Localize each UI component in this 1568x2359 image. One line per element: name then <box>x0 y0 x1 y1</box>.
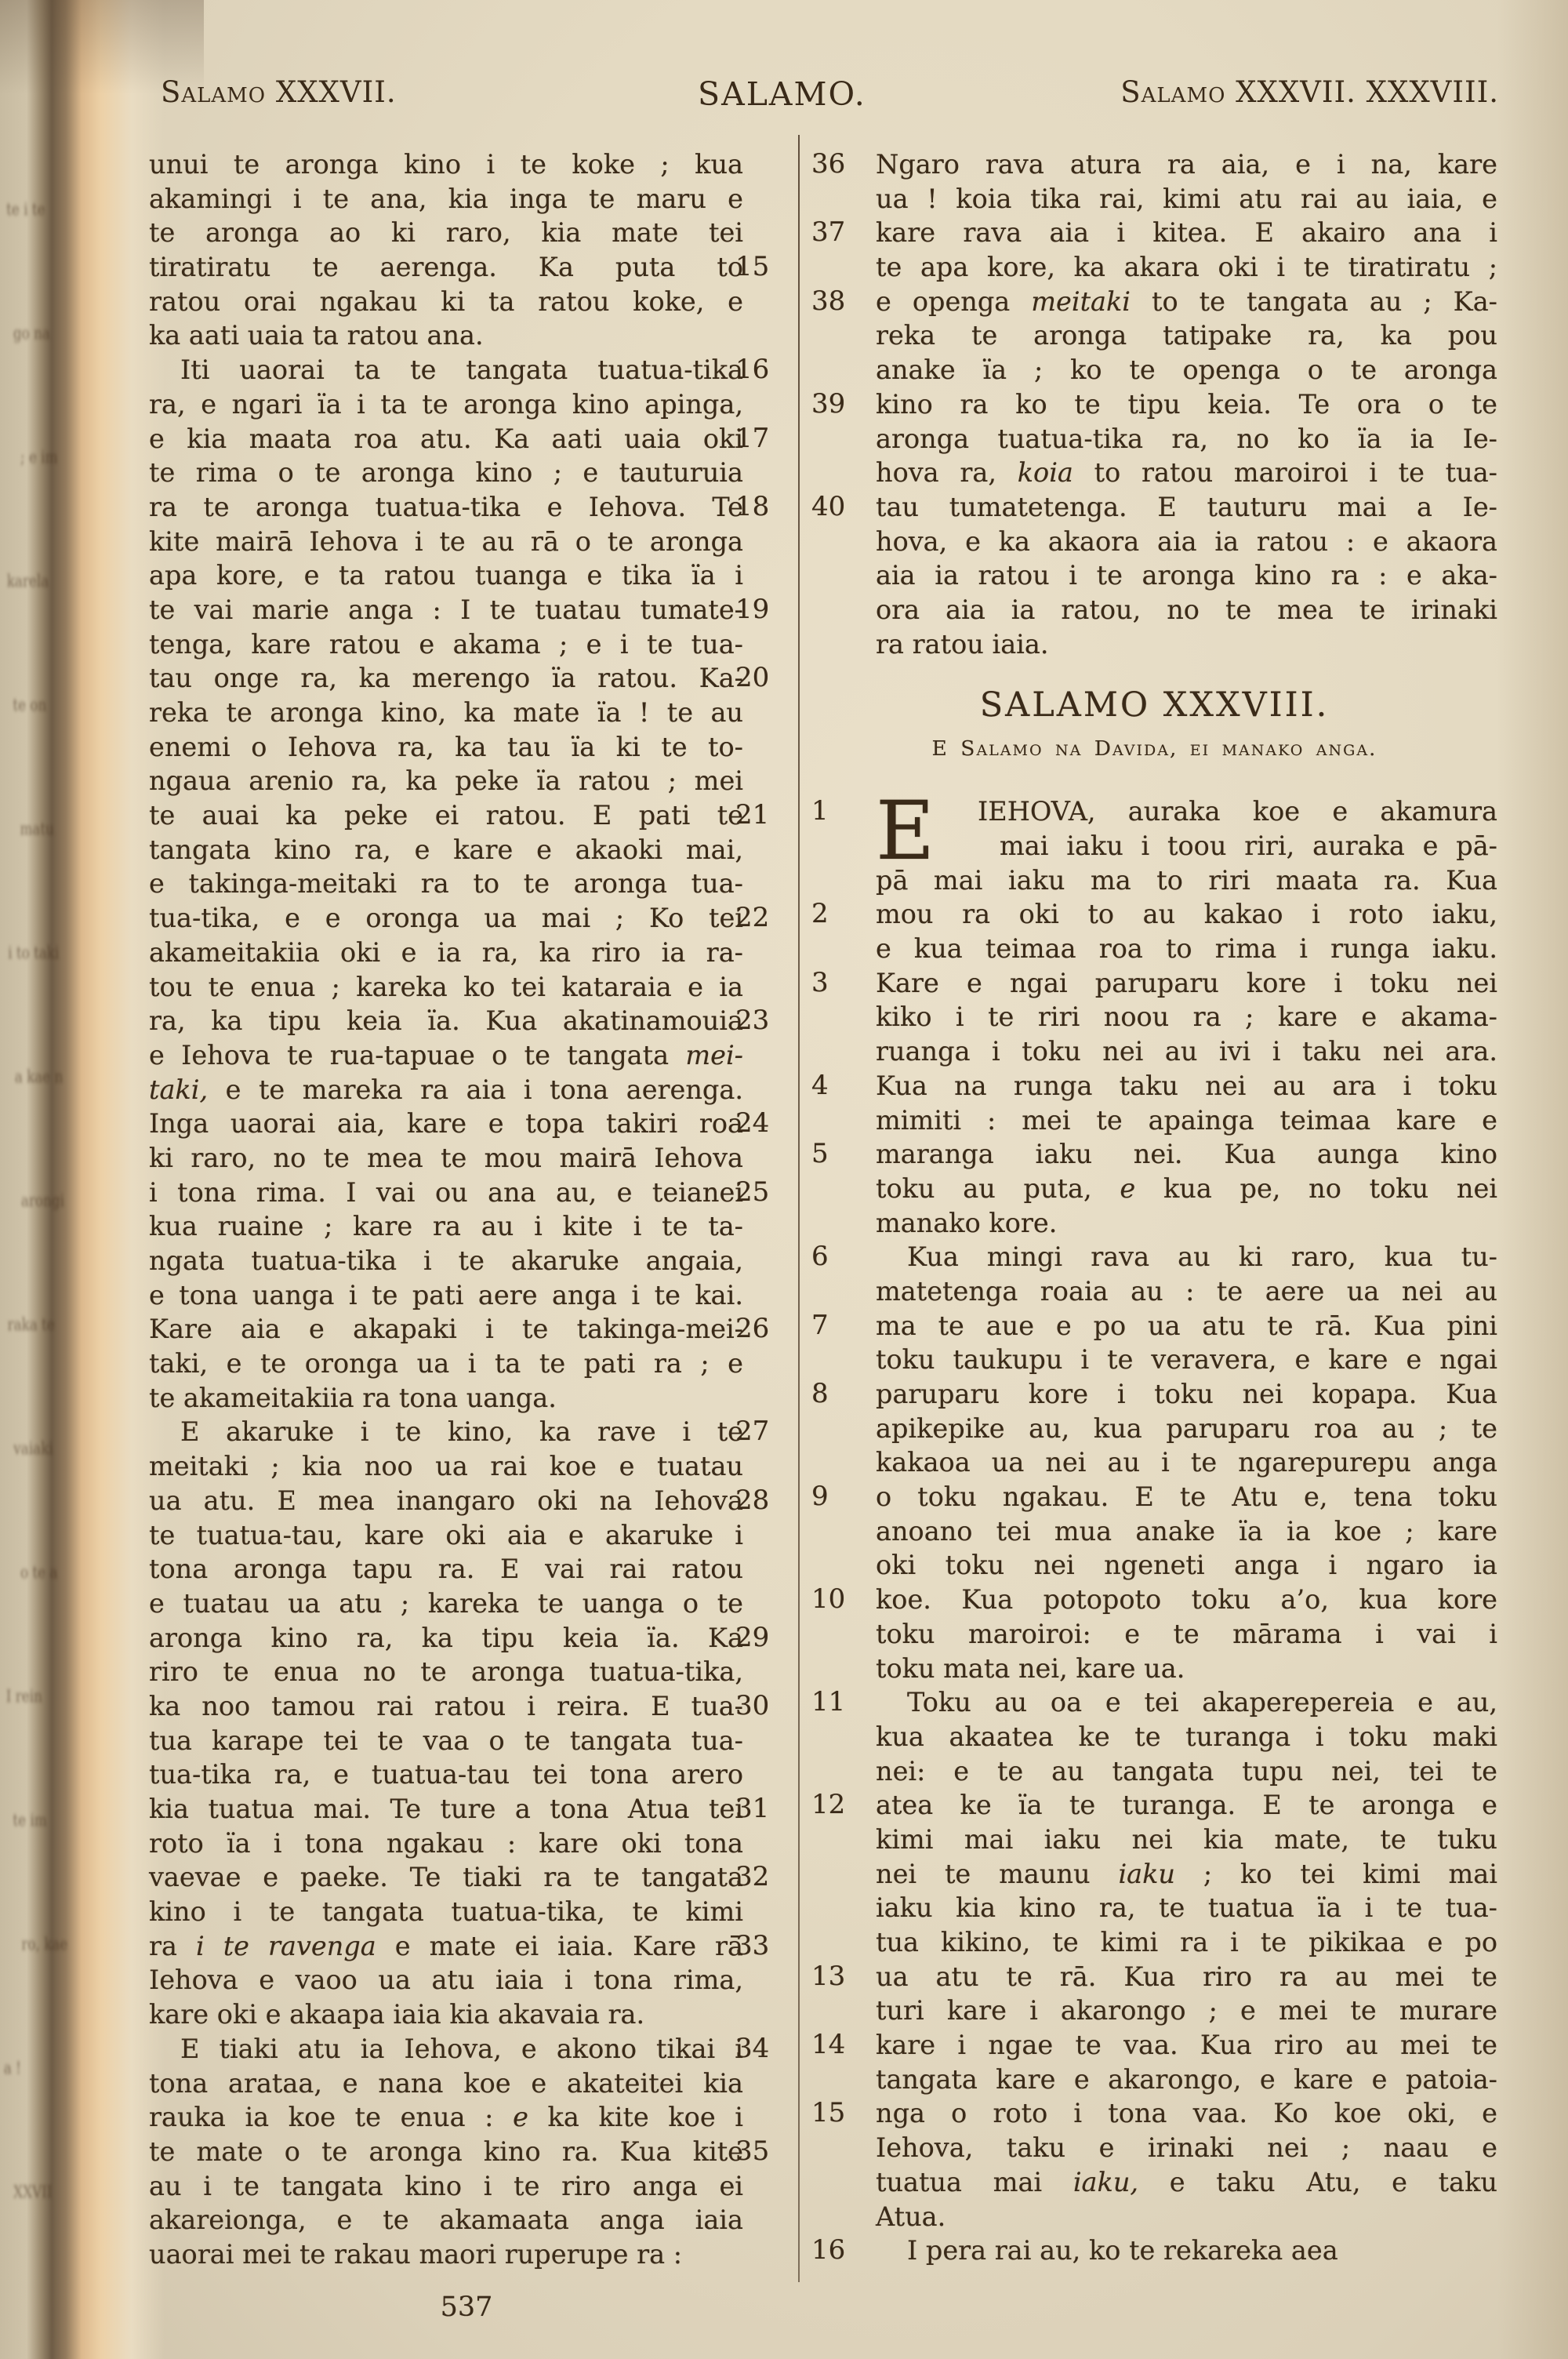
text-line: pā mai iaku ma to riri maata ra. Kua <box>811 863 1497 898</box>
text-run: tiratiratu te aerenga. Ka puta to <box>149 252 743 282</box>
text-run: E tiaki atu ia Iehova, e akono tikai i <box>180 2034 743 2064</box>
text-run: nei te maunu <box>876 1859 1118 1889</box>
edge-ghost-text: ; e im <box>20 448 58 467</box>
text-run: akameitakiia oki e ia ra, ka riro ia ra- <box>149 937 743 968</box>
text-line: ruanga i toku nei au ivi i taku nei ara. <box>811 1034 1497 1069</box>
text-line: apikepike au, kua paruparu roa au ; te <box>811 1412 1497 1446</box>
text-run: Toku au oa e tei akaperepereia e au, <box>907 1687 1497 1717</box>
text-line: anake ïa ; ko te openga o te aronga <box>811 353 1497 387</box>
text-run: te akameitakiia ra tona uanga. <box>149 1383 557 1413</box>
text-line: enemi o Iehova ra, ka tau ïa ki te to- <box>149 730 784 765</box>
verse-number: 6 <box>811 1240 866 1274</box>
text-run: E akaruke i te kino, ka rave i te <box>180 1416 743 1447</box>
edge-ghost-text: I rein <box>6 1687 42 1706</box>
text-run: kimi mai iaku nei kia mate, te tuku <box>876 1824 1497 1855</box>
text-run: hova, e ka akaora aia ia ratou : e akaor… <box>876 526 1497 557</box>
text-run: ra <box>149 1931 196 1961</box>
running-header-center: SALAMO. <box>698 75 866 113</box>
text-run: hova ra, <box>876 457 1018 488</box>
text-run: aia ia ratou i te aronga kino ra : e aka… <box>876 560 1497 591</box>
text-line: ra ratou iaia. <box>811 627 1497 662</box>
text-run: nei: e te au tangata tupu nei, tei te <box>876 1756 1497 1787</box>
text-run: Kua mingi rava au ki raro, kua tu- <box>907 1241 1497 1272</box>
page-right-shade <box>1497 0 1568 2359</box>
text-line: toku au puta, e kua pe, no toku nei <box>811 1172 1497 1206</box>
text-run: mai iaku i toou riri, auraka e pā- <box>1000 831 1497 861</box>
text-line: 8paruparu kore i toku nei kopapa. Kua <box>811 1377 1497 1412</box>
text-run: e kia maata roa atu. Ka aati uaia oki <box>149 423 743 454</box>
text-run: nga o roto i tona vaa. Ko koe oki, e <box>876 2098 1497 2128</box>
verse-number: 23 <box>735 1004 790 1038</box>
verse-number: 10 <box>811 1583 866 1617</box>
text-line: 37kare rava aia i kitea. E akairo ana i <box>811 216 1497 250</box>
text-run: tangata kino ra, e kare e akaoki mai, <box>149 834 743 865</box>
verse-number: 28 <box>735 1484 790 1518</box>
text-line: reka te aronga tatipake ra, ka pou <box>811 318 1497 353</box>
text-line: iaku kia kino ra, te tuatua ïa i te tua- <box>811 1891 1497 1925</box>
text-line: hova, e ka akaora aia ia ratou : e akaor… <box>811 525 1497 559</box>
text-line: tangata kare e akarongo, e kare e patoia… <box>811 2063 1497 2097</box>
text-line: 31kia tuatua mai. Te ture a tona Atua te… <box>149 1792 784 1826</box>
text-line: kua akaatea ke te turanga i toku maki <box>811 1720 1497 1754</box>
text-run: e takinga-meitaki ra to te aronga tua- <box>149 868 743 899</box>
text-run: unui te aronga kino i te koke ; kua <box>149 149 743 180</box>
verse-number: 31 <box>735 1792 790 1826</box>
text-run: reka te aronga kino, ka mate ïa ! te au <box>149 697 743 728</box>
text-line: 40tau tumatetenga. E tauturu mai a Ie- <box>811 490 1497 525</box>
text-line: roto ïa i tona ngakau : kare oki tona <box>149 1826 784 1861</box>
text-line: hova ra, koia to ratou maroiroi i te tua… <box>811 456 1497 490</box>
text-run: Iehova, taku e irinaki nei ; naau e <box>876 2132 1497 2163</box>
text-run: e tuatau ua atu ; kareka te uanga o te <box>149 1588 743 1619</box>
text-run: te mate o te aronga kino ra. Kua kite <box>149 2136 743 2167</box>
text-line: 14kare i ngae te vaa. Kua riro au mei te <box>811 2028 1497 2063</box>
verse-number: 5 <box>811 1137 866 1172</box>
text-line: 19te vai marie anga : I te tuatau tumate… <box>149 593 784 627</box>
text-run: riro te enua no te aronga tuatua-tika, <box>149 1656 743 1687</box>
text-run: kare i ngae te vaa. Kua riro au mei te <box>876 2030 1497 2060</box>
text-run: IEHOVA, auraka koe e akamura <box>978 796 1497 827</box>
text-line: 21te auai ka peke ei ratou. E pati te <box>149 798 784 833</box>
text-line: 24Inga uaorai aia, kare e topa takiri ro… <box>149 1107 784 1141</box>
verse-number: 14 <box>811 2028 866 2063</box>
text-line: 3Kare e ngai paruparu kore i toku nei <box>811 966 1497 1001</box>
verse-number: 25 <box>735 1176 790 1210</box>
text-line: unui te aronga kino i te koke ; kua <box>149 147 784 182</box>
text-run: Inga uaorai aia, kare e topa takiri roa <box>149 1108 743 1139</box>
text-run: kite mairā Iehova i te au rā o te aronga <box>149 526 743 557</box>
text-line: 29aronga kino ra, ka tipu keia ïa. Ka <box>149 1621 784 1656</box>
text-line: meitaki ; kia noo ua rai koe e tuatau <box>149 1449 784 1484</box>
text-line: Iehova, taku e irinaki nei ; naau e <box>811 2131 1497 2165</box>
text-run: kua akaatea ke te turanga i toku maki <box>876 1721 1497 1752</box>
text-line: 28ua atu. E mea inangaro oki na Iehova <box>149 1484 784 1518</box>
verse-number: 20 <box>735 661 790 696</box>
text-line: e tuatau ua atu ; kareka te uanga o te <box>149 1587 784 1621</box>
text-line: ki raro, no te mea te mou mairā Iehova <box>149 1141 784 1176</box>
text-line: 2mou ra oki to au kakao i roto iaku, <box>811 897 1497 932</box>
text-line: e kua teimaa roa to rima i runga iaku. <box>811 932 1497 966</box>
text-run: manako kore. <box>876 1208 1057 1238</box>
text-line: e takinga-meitaki ra to te aronga tua- <box>149 867 784 901</box>
text-line: rauka ia koe te enua : e ka kite koe i <box>149 2100 784 2135</box>
text-line: anoano tei mua anake ïa ia koe ; kare <box>811 1514 1497 1549</box>
text-line: kite mairā Iehova i te au rā o te aronga <box>149 525 784 559</box>
verse-number: 21 <box>735 798 790 833</box>
text-line: ora aia ia ratou, no te mea te irinaki <box>811 593 1497 627</box>
text-run: ngaua arenio ra, ka peke ïa ratou ; mei <box>149 765 743 796</box>
text-line: 13ua atu te rā. Kua riro ra au mei te <box>811 1960 1497 1994</box>
text-run: toku maroiroi: e te mārama i vai i <box>876 1619 1497 1649</box>
text-run: to te tangata au ; Ka- <box>1131 286 1497 317</box>
text-line: toku mata nei, kare ua. <box>811 1652 1497 1686</box>
text-run: Kare aia e akapaki i te takinga-mei- <box>149 1314 743 1344</box>
verse-number: 16 <box>735 353 790 387</box>
edge-ghost-text: te im <box>13 1811 46 1830</box>
text-line: 11Toku au oa e tei akaperepereia e au, <box>811 1685 1497 1720</box>
text-line: 22tua-tika, e e oronga ua mai ; Ko tei <box>149 901 784 936</box>
text-line: 17e kia maata roa atu. Ka aati uaia oki <box>149 422 784 456</box>
text-run: kiko i te riri noou ra ; kare e akama- <box>876 1001 1497 1032</box>
edge-ghost-text: te on <box>13 696 46 714</box>
text-run: to ratou maroiroi i te tua- <box>1073 457 1497 488</box>
text-run: koe. Kua potopoto toku a’o, kua kore <box>876 1584 1497 1615</box>
verse-number: 29 <box>735 1621 790 1656</box>
running-header-right: Salamo XXXVII. XXXVIII. <box>1120 75 1499 109</box>
edge-ghost-text: vaiaki <box>13 1439 53 1458</box>
italic-text: taki, <box>149 1074 208 1105</box>
text-line: akameitakiia oki e ia ra, ka riro ia ra- <box>149 936 784 970</box>
text-line: 9o toku ngakau. E te Atu e, tena toku <box>811 1480 1497 1514</box>
text-run: te auai ka peke ei ratou. E pati te <box>149 800 743 831</box>
text-run: aronga kino ra, ka tipu keia ïa. Ka <box>149 1623 743 1653</box>
text-line: turi kare i akarongo ; e mei te murare <box>811 1994 1497 2028</box>
text-line: 38e openga meitaki to te tangata au ; Ka… <box>811 285 1497 319</box>
left-column: unui te aronga kino i te koke ; kuaakami… <box>149 147 784 2272</box>
verse-number: 3 <box>811 966 866 1001</box>
text-run: ki raro, no te mea te mou mairā Iehova <box>149 1143 743 1173</box>
text-line: te apa kore, ka akara oki i te tiratirat… <box>811 250 1497 285</box>
text-line: kare oki e akaapa iaia kia akavaia ra. <box>149 1997 784 2032</box>
text-run: tua-tika, e e oronga ua mai ; Ko tei <box>149 903 743 933</box>
text-line: te rima o te aronga kino ; e tauturuia <box>149 456 784 490</box>
verse-number: 24 <box>735 1107 790 1141</box>
text-run: aronga tuatua-tika ra, no ko ïa ia Ie- <box>876 423 1497 454</box>
text-run: paruparu kore i toku nei kopapa. Kua <box>876 1379 1497 1409</box>
text-run: tua karape tei te vaa o te tangata tua- <box>149 1725 743 1756</box>
text-run: toku mata nei, kare ua. <box>876 1653 1185 1684</box>
edge-ghost-text: XXVII <box>13 2183 52 2201</box>
text-run: tou te enua ; kareka ko tei kataraia e i… <box>149 972 743 1002</box>
text-line: e Iehova te rua-tapuae o te tangata mei- <box>149 1038 784 1073</box>
text-line: apa kore, e ta ratou tuanga e tika ïa i <box>149 558 784 593</box>
text-run: matetenga roaia au : te aere ua nei au <box>876 1276 1497 1307</box>
text-line: 34E tiaki atu ia Iehova, e akono tikai i <box>149 2032 784 2066</box>
text-run: roto ïa i tona ngakau : kare oki tona <box>149 1828 743 1859</box>
text-run: mou ra oki to au kakao i roto iaku, <box>876 899 1497 929</box>
verse-number: 32 <box>735 1860 790 1895</box>
text-line: kua ruaine ; kare ra au i kite i te ta- <box>149 1209 784 1244</box>
text-run: oki toku nei ngeneti anga i ngaro ia <box>876 1550 1497 1580</box>
text-run: ka noo tamou rai ratou i reira. E tua- <box>149 1691 743 1721</box>
verse-number: 40 <box>811 490 866 525</box>
text-line: ka aati uaia ta ratou ana. <box>149 318 784 353</box>
text-run: Iehova e vaoo ua atu iaia i tona rima, <box>149 1965 743 1995</box>
text-run: toku taukupu i te veravera, e kare e nga… <box>876 1344 1497 1375</box>
verse-number: 37 <box>811 216 866 250</box>
text-run: vaevae e paeke. Te tiaki ra te tangata <box>149 1862 743 1892</box>
text-line: 5maranga iaku nei. Kua aunga kino <box>811 1137 1497 1172</box>
text-run: Ngaro rava atura ra aia, e i na, kare <box>876 149 1497 180</box>
text-run: tua kikino, te kimi ra i te pikikaa e po <box>876 1927 1497 1957</box>
text-run: kua ruaine ; kare ra au i kite i te ta- <box>149 1211 743 1241</box>
verse-number: 11 <box>811 1685 866 1720</box>
text-run: ruanga i toku nei au ivi i taku nei ara. <box>876 1036 1497 1067</box>
text-run: maranga iaku nei. Kua aunga kino <box>876 1139 1497 1169</box>
text-run: te vai marie anga : I te tuatau tumate- <box>149 594 743 625</box>
text-line: 12atea ke ïa te turanga. E te aronga e <box>811 1788 1497 1823</box>
text-line: matetenga roaia au : te aere ua nei au <box>811 1274 1497 1309</box>
text-run: iaku kia kino ra, te tuatua ïa i te tua- <box>876 1892 1497 1923</box>
text-run: te aronga ao ki raro, kia mate tei <box>149 217 743 248</box>
psalm-subtitle: E Salamo na Davida, ei manako anga. <box>811 736 1497 761</box>
text-run: anake ïa ; ko te openga o te aronga <box>876 354 1497 385</box>
verse-number: 18 <box>735 490 790 525</box>
text-line: 16I pera rai au, ko te rekareka aea <box>811 2234 1497 2268</box>
text-run: uaorai mei te rakau maori ruperupe ra : <box>149 2239 682 2270</box>
text-run: rauka ia koe te enua : <box>149 2102 513 2132</box>
text-run: anoano tei mua anake ïa ia koe ; kare <box>876 1516 1497 1547</box>
text-run: ma te aue e po ua atu te rā. Kua pini <box>876 1310 1497 1341</box>
text-run: e kua teimaa roa to rima i runga iaku. <box>876 933 1497 964</box>
verse-number: 22 <box>735 901 790 936</box>
text-run: te apa kore, ka akara oki i te tiratirat… <box>876 252 1497 282</box>
text-line: 33ra i te ravenga e mate ei iaia. Kare r… <box>149 1929 784 1964</box>
text-line: au i te tangata kino i te riro anga ei <box>149 2169 784 2204</box>
verse-number: 35 <box>735 2135 790 2169</box>
text-line: e tona uanga i te pati aere anga i te ka… <box>149 1278 784 1313</box>
text-run: tuatua mai <box>876 2167 1073 2197</box>
text-line: aronga tuatua-tika ra, no ko ïa ia Ie- <box>811 422 1497 456</box>
text-run: i tona rima. I vai ou ana au, e teianei <box>149 1177 743 1208</box>
verse-number: 17 <box>735 422 790 456</box>
text-run: mimiti : mei te apainga teimaa kare e <box>876 1105 1497 1136</box>
edge-ghost-text: go na <box>13 324 50 343</box>
text-line: manako kore. <box>811 1206 1497 1241</box>
text-run: kino ra ko te tipu keia. Te ora o te <box>876 389 1497 420</box>
text-run: tangata kare e akarongo, e kare e patoia… <box>876 2064 1497 2095</box>
text-line: 7ma te aue e po ua atu te rā. Kua pini <box>811 1309 1497 1343</box>
text-run: tau onge ra, ka merengo ïa ratou. Ka- <box>149 663 743 693</box>
text-line: te aronga ao ki raro, kia mate tei <box>149 216 784 250</box>
text-run: Kua na runga taku nei au ara i toku <box>876 1070 1497 1101</box>
text-line: 1IEHOVA, auraka koe e akamura <box>811 794 1497 829</box>
text-line: 23ra, ka tipu keia ïa. Kua akatinamouia <box>149 1004 784 1038</box>
book-page: te i tego na; e imkarelate onmatui to ta… <box>0 0 1568 2359</box>
text-line: te tuatua-tau, kare oki aia e akaruke i <box>149 1518 784 1553</box>
verse-number: 36 <box>811 147 866 182</box>
text-line: 15nga o roto i tona vaa. Ko koe oki, e <box>811 2096 1497 2131</box>
verse-number: 16 <box>811 2234 866 2268</box>
text-line: 16Iti uaorai ta te tangata tuatua-tika <box>149 353 784 387</box>
text-run: akareionga, e te akamaata anga iaia <box>149 2205 743 2235</box>
text-run: tua-tika ra, e tuatua-tau tei tona arero <box>149 1759 743 1790</box>
text-run: e Iehova te rua-tapuae o te tangata <box>149 1040 685 1070</box>
text-run: apa kore, e ta ratou tuanga e tika ïa i <box>149 560 743 591</box>
text-line: toku taukupu i te veravera, e kare e nga… <box>811 1343 1497 1377</box>
verse-number: 26 <box>735 1312 790 1347</box>
text-run: ua ! koia tika rai, kimi atu rai au iaia… <box>876 184 1497 214</box>
text-line: 27E akaruke i te kino, ka rave i te <box>149 1415 784 1449</box>
text-run: ra ratou iaia. <box>876 629 1049 660</box>
text-run: au i te tangata kino i te riro anga ei <box>149 2171 743 2201</box>
text-run: e taku Atu, e taku <box>1138 2167 1497 2197</box>
text-run: e mate ei iaia. Kare rā <box>376 1931 743 1961</box>
text-run: te rima o te aronga kino ; e tauturuia <box>149 457 743 488</box>
text-run: pā mai iaku ma to riri maata ra. Kua <box>876 865 1497 896</box>
text-line: Iehova e vaoo ua atu iaia i tona rima, <box>149 1963 784 1997</box>
edge-ghost-text: karela <box>7 572 49 591</box>
verse-number: 2 <box>811 897 866 932</box>
text-run: o toku ngakau. E te Atu e, tena toku <box>876 1481 1497 1512</box>
verse-number: 34 <box>735 2032 790 2066</box>
text-line: mimiti : mei te apainga teimaa kare e <box>811 1103 1497 1138</box>
italic-text: iaku <box>1118 1859 1175 1889</box>
verse-number: 27 <box>735 1415 790 1449</box>
text-run: ua atu te rā. Kua riro ra au mei te <box>876 1961 1497 1992</box>
italic-text: e <box>513 2102 528 2132</box>
verse-number: 30 <box>735 1689 790 1724</box>
text-line: 10koe. Kua potopoto toku a’o, kua kore <box>811 1583 1497 1617</box>
text-line: tona arataa, e nana koe e akateitei kia <box>149 2066 784 2101</box>
text-line: 30ka noo tamou rai ratou i reira. E tua- <box>149 1689 784 1724</box>
text-run: ratou orai ngakau ki ta ratou koke, e <box>149 286 743 317</box>
text-run: kino i te tangata tuatua-tika, te kimi <box>149 1896 743 1927</box>
edge-ghost-text: a kae n <box>15 1067 64 1086</box>
text-line: nei: e te au tangata tupu nei, tei te <box>811 1754 1497 1789</box>
text-line: oki toku nei ngeneti anga i ngaro ia <box>811 1548 1497 1583</box>
text-line: tua-tika ra, e tuatua-tau tei tona arero <box>149 1757 784 1792</box>
text-run: meitaki ; kia noo ua rai koe e tuatau <box>149 1451 743 1481</box>
text-run: ora aia ia ratou, no te mea te irinaki <box>876 594 1497 625</box>
text-line: akareionga, e te akamaata anga iaia <box>149 2203 784 2237</box>
text-line: reka te aronga kino, ka mate ïa ! te au <box>149 696 784 730</box>
text-run: Iti uaorai ta te tangata tuatua-tika <box>180 354 743 385</box>
text-line: tou te enua ; kareka ko tei kataraia e i… <box>149 970 784 1005</box>
running-header-left: Salamo XXXVII. <box>161 75 397 109</box>
text-line: te akameitakiia ra tona uanga. <box>149 1381 784 1416</box>
italic-text: meitaki <box>1031 286 1131 317</box>
text-run: turi kare i akarongo ; e mei te murare <box>876 1995 1497 2026</box>
dropcap-block: E1IEHOVA, auraka koe e akamuramai iaku i… <box>811 794 1497 863</box>
column-divider-rule <box>798 135 800 2282</box>
text-line: mai iaku i toou riri, auraka e pā- <box>811 829 1497 863</box>
text-line: 32vaevae e paeke. Te tiaki ra te tangata <box>149 1860 784 1895</box>
text-line: ngata tuatua-tika i te akaruke angaia, <box>149 1244 784 1278</box>
text-line: tua kikino, te kimi ra i te pikikaa e po <box>811 1925 1497 1960</box>
text-line: taki, e te mareka ra aia i tona aerenga. <box>149 1073 784 1107</box>
verse-number: 12 <box>811 1788 866 1823</box>
verse-number: 8 <box>811 1377 866 1412</box>
verse-number: 33 <box>735 1929 790 1964</box>
text-line: ua ! koia tika rai, kimi atu rai au iaia… <box>811 182 1497 216</box>
text-line: uaorai mei te rakau maori ruperupe ra : <box>149 2237 784 2272</box>
edge-ghost-text: matu <box>20 820 54 838</box>
text-run: taki, e te oronga ua i ta te pati ra ; e <box>149 1348 743 1379</box>
text-line: tona aronga tapu ra. E vai rai ratou <box>149 1552 784 1587</box>
text-line: akamingi i te ana, kia inga te maru e <box>149 182 784 216</box>
text-run: e te mareka ra aia i tona aerenga. <box>208 1074 743 1105</box>
italic-text: koia <box>1018 457 1073 488</box>
text-run: tau tumatetenga. E tauturu mai a Ie- <box>876 492 1497 522</box>
verse-number: 4 <box>811 1069 866 1103</box>
text-run: atea ke ïa te turanga. E te aronga e <box>876 1790 1497 1820</box>
text-run: ngata tuatua-tika i te akaruke angaia, <box>149 1245 743 1276</box>
text-run: tenga, kare ratou e akama ; e i te tua- <box>149 629 743 660</box>
text-run: ra, e ngari ïa i ta te aronga kino aping… <box>149 389 743 420</box>
text-line: taki, e te oronga ua i ta te pati ra ; e <box>149 1347 784 1381</box>
text-run: te tuatua-tau, kare oki aia e akaruke i <box>149 1520 743 1550</box>
text-line: aia ia ratou i te aronga kino ra : e aka… <box>811 558 1497 593</box>
text-run: tona aronga tapu ra. E vai rai ratou <box>149 1554 743 1584</box>
edge-ghost-text: raka te <box>8 1315 55 1334</box>
verse-number: 9 <box>811 1480 866 1514</box>
text-line: tuatua mai iaku, e taku Atu, e taku <box>811 2165 1497 2200</box>
text-run: ra, ka tipu keia ïa. Kua akatinamouia <box>149 1005 743 1036</box>
text-line: 15tiratiratu te aerenga. Ka puta to <box>149 250 784 285</box>
text-line: 6Kua mingi rava au ki raro, kua tu- <box>811 1240 1497 1274</box>
text-run: e openga <box>876 286 1031 317</box>
text-line: riro te enua no te aronga tuatua-tika, <box>149 1655 784 1689</box>
text-run: reka te aronga tatipake ra, ka pou <box>876 320 1497 351</box>
text-line: 20tau onge ra, ka merengo ïa ratou. Ka- <box>149 661 784 696</box>
text-run: Atua. <box>876 2201 946 2232</box>
text-line: 18ra te aronga tuatua-tika e Iehova. Te <box>149 490 784 525</box>
text-line: ratou orai ngakau ki ta ratou koke, e <box>149 285 784 319</box>
text-line: nei te maunu iaku ; ko tei kimi mai <box>811 1857 1497 1892</box>
text-line: ra, e ngari ïa i ta te aronga kino aping… <box>149 387 784 422</box>
text-run: toku au puta, <box>876 1173 1120 1204</box>
italic-text: mei- <box>685 1040 743 1070</box>
text-line: kakaoa ua nei au i te ngarepurepu anga <box>811 1445 1497 1480</box>
text-run: e tona uanga i te pati aere anga i te ka… <box>149 1280 743 1310</box>
text-line: tenga, kare ratou e akama ; e i te tua- <box>149 627 784 662</box>
text-run: kakaoa ua nei au i te ngarepurepu anga <box>876 1447 1497 1478</box>
text-line: 36Ngaro rava atura ra aia, e i na, kare <box>811 147 1497 182</box>
text-run: Kare e ngai paruparu kore i toku nei <box>876 968 1497 998</box>
verse-number: 39 <box>811 387 866 422</box>
text-run: tona arataa, e nana koe e akateitei kia <box>149 2068 743 2099</box>
text-run: ua atu. E mea inangaro oki na Iehova <box>149 1485 743 1516</box>
text-run: kare oki e akaapa iaia kia akavaia ra. <box>149 1999 644 2030</box>
verse-number: 19 <box>735 593 790 627</box>
text-run: kua pe, no toku nei <box>1135 1173 1497 1204</box>
verse-number: 15 <box>735 250 790 285</box>
text-run: ; ko tei kimi mai <box>1175 1859 1497 1889</box>
psalm-heading: SALAMO XXXVIII. <box>811 686 1497 724</box>
text-line: kimi mai iaku nei kia mate, te tuku <box>811 1823 1497 1857</box>
italic-text: i te ravenga <box>196 1931 376 1961</box>
text-line: toku maroiroi: e te mārama i vai i <box>811 1617 1497 1652</box>
edge-ghost-text: arongi <box>21 1191 64 1210</box>
text-line: 26Kare aia e akapaki i te takinga-mei- <box>149 1312 784 1347</box>
edge-ghost-text: te i te <box>6 200 45 219</box>
verse-number: 1 <box>811 794 866 829</box>
text-run: kare rava aia i kitea. E akairo ana i <box>876 217 1497 248</box>
text-line: 25i tona rima. I vai ou ana au, e teiane… <box>149 1176 784 1210</box>
page-number: 537 <box>149 2292 784 2323</box>
edge-ghost-text: i to taki <box>8 943 59 962</box>
